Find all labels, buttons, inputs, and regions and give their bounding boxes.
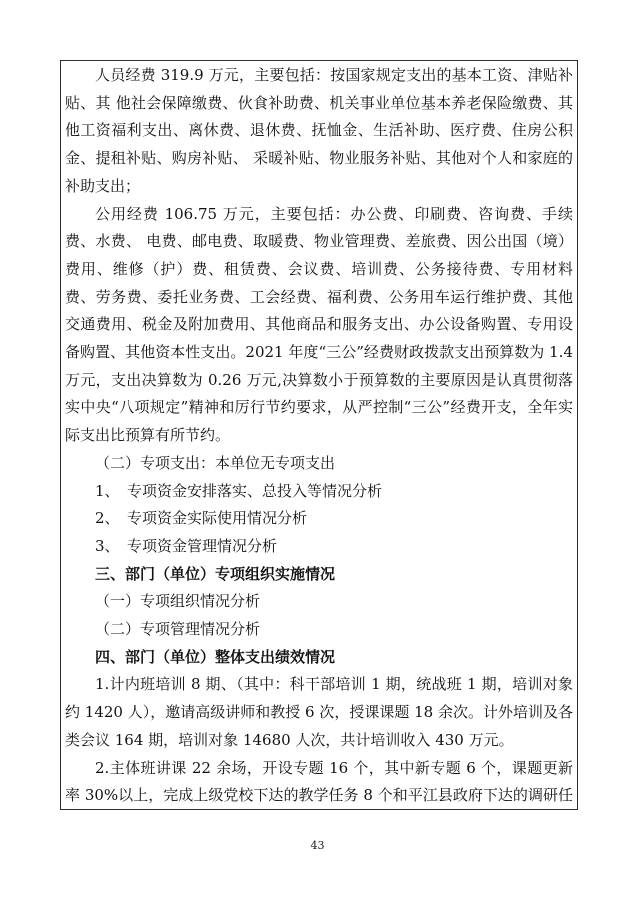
document-border-box: 人员经费 319.9 万元，主要包括：按国家规定支出的基本工资、津贴补贴、其 他… <box>60 60 578 810</box>
heading-section-four: 四、部门（单位）整体支出绩效情况 <box>65 644 573 672</box>
paragraph-training-stats: 1.计内班培训 8 期、（其中：科干部培训 1 期，统战班 1 期，培训对象约 … <box>65 671 573 754</box>
list-item-special-funds-arrangement: 1、 专项资金安排落实、总投入等情况分析 <box>65 478 573 506</box>
list-item-special-funds-management: 3、 专项资金管理情况分析 <box>65 533 573 561</box>
page-number: 43 <box>0 839 635 852</box>
list-item-special-funds-usage: 2、 专项资金实际使用情况分析 <box>65 505 573 533</box>
paragraph-public-expense: 公用经费 106.75 万元，主要包括：办公费、印刷费、咨询费、手续费、水费、 … <box>65 201 573 450</box>
paragraph-personnel-expense: 人员经费 319.9 万元，主要包括：按国家规定支出的基本工资、津贴补贴、其 他… <box>65 62 573 201</box>
heading-section-three: 三、部门（单位）专项组织实施情况 <box>65 561 573 589</box>
subheading-special-management-analysis: （二）专项管理情况分析 <box>65 616 573 644</box>
subheading-special-organization-analysis: （一）专项组织情况分析 <box>65 588 573 616</box>
subheading-special-expenditure: （二）专项支出：本单位无专项支出 <box>65 450 573 478</box>
paragraph-lecture-stats: 2.主体班讲课 22 余场，开设专题 16 个，其中新专题 6 个，课题更新率 … <box>65 755 573 810</box>
